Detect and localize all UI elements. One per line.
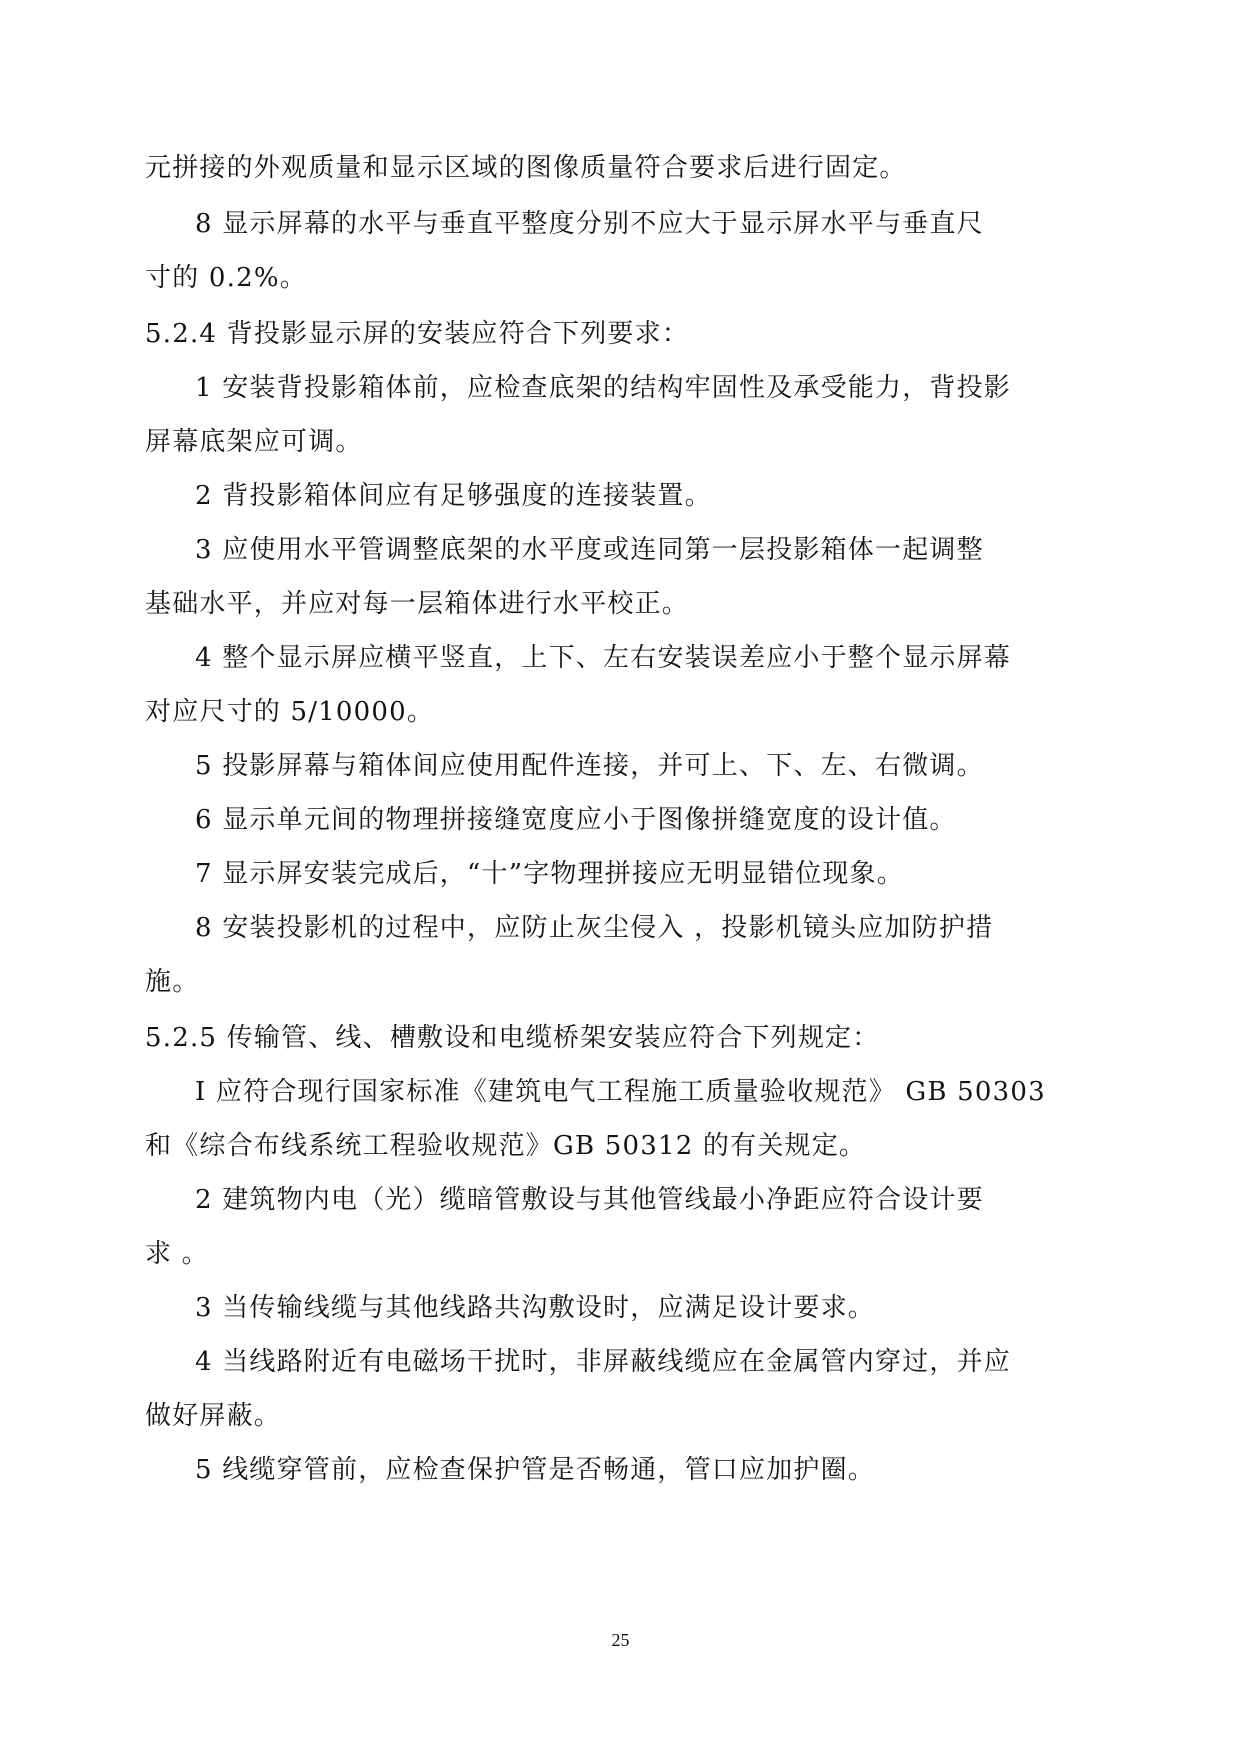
- paragraph-line-indented: 8 显示屏幕的水平与垂直平整度分别不应大于显示屏水平与垂直尺: [195, 208, 965, 240]
- paragraph-line-indented: 3 应使用水平管调整底架的水平度或连同第一层投影箱体一起调整: [195, 534, 965, 566]
- paragraph-line: 元拼接的外观质量和显示区域的图像质量符合要求后进行固定。: [145, 152, 907, 184]
- paragraph-line: 基础水平，并应对每一层箱体进行水平校正。: [145, 588, 689, 620]
- paragraph-line-indented: 5 投影屏幕与箱体间应使用配件连接，并可上、下、左、右微调。: [195, 750, 984, 782]
- paragraph-line-indented: 2 背投影箱体间应有足够强度的连接装置。: [195, 480, 712, 512]
- paragraph-line-indented: I 应符合现行国家标准《建筑电气工程施工质量验收规范》 GB 50303: [195, 1076, 965, 1108]
- paragraph-line: 对应尺寸的 5/10000。: [145, 696, 434, 728]
- paragraph-line-indented: 3 当传输线缆与其他线路共沟敷设时，应满足设计要求。: [195, 1292, 875, 1324]
- paragraph-line-indented: 5 线缆穿管前，应检查保护管是否畅通，管口应加护圈。: [195, 1454, 875, 1486]
- paragraph-line-indented: 7 显示屏安装完成后，“十”字物理拼接应无明显错位现象。: [195, 858, 904, 890]
- page-number: 25: [0, 1630, 1241, 1651]
- paragraph-line-indented: 8 安装投影机的过程中，应防止灰尘侵入 ，投影机镜头应加防护措: [195, 912, 965, 944]
- paragraph-line: 屏幕底架应可调。: [145, 426, 363, 458]
- document-page: 元拼接的外观质量和显示区域的图像质量符合要求后进行固定。8 显示屏幕的水平与垂直…: [0, 0, 1241, 1754]
- paragraph-line: 5.2.4 背投影显示屏的安装应符合下列要求：: [145, 318, 689, 350]
- paragraph-line-indented: 1 安装背投影箱体前，应检查底架的结构牢固性及承受能力，背投影: [195, 372, 965, 404]
- paragraph-line: 求 。: [145, 1238, 209, 1270]
- paragraph-line-indented: 4 当线路附近有电磁场干扰时，非屏蔽线缆应在金属管内穿过，并应: [195, 1346, 965, 1378]
- paragraph-line: 施。: [145, 966, 199, 998]
- paragraph-line-indented: 4 整个显示屏应横平竖直，上下、左右安装误差应小于整个显示屏幕: [195, 642, 965, 674]
- paragraph-line: 做好屏蔽。: [145, 1400, 281, 1432]
- paragraph-line: 5.2.5 传输管、线、槽敷设和电缆桥架安装应符合下列规定：: [145, 1022, 879, 1054]
- paragraph-line: 和《综合布线系统工程验收规范》GB 50312 的有关规定。: [145, 1130, 866, 1162]
- paragraph-line: 寸的 0.2%。: [145, 262, 307, 294]
- paragraph-line-indented: 2 建筑物内电（光）缆暗管敷设与其他管线最小净距应符合设计要: [195, 1184, 965, 1216]
- paragraph-line-indented: 6 显示单元间的物理拼接缝宽度应小于图像拼缝宽度的设计值。: [195, 804, 957, 836]
